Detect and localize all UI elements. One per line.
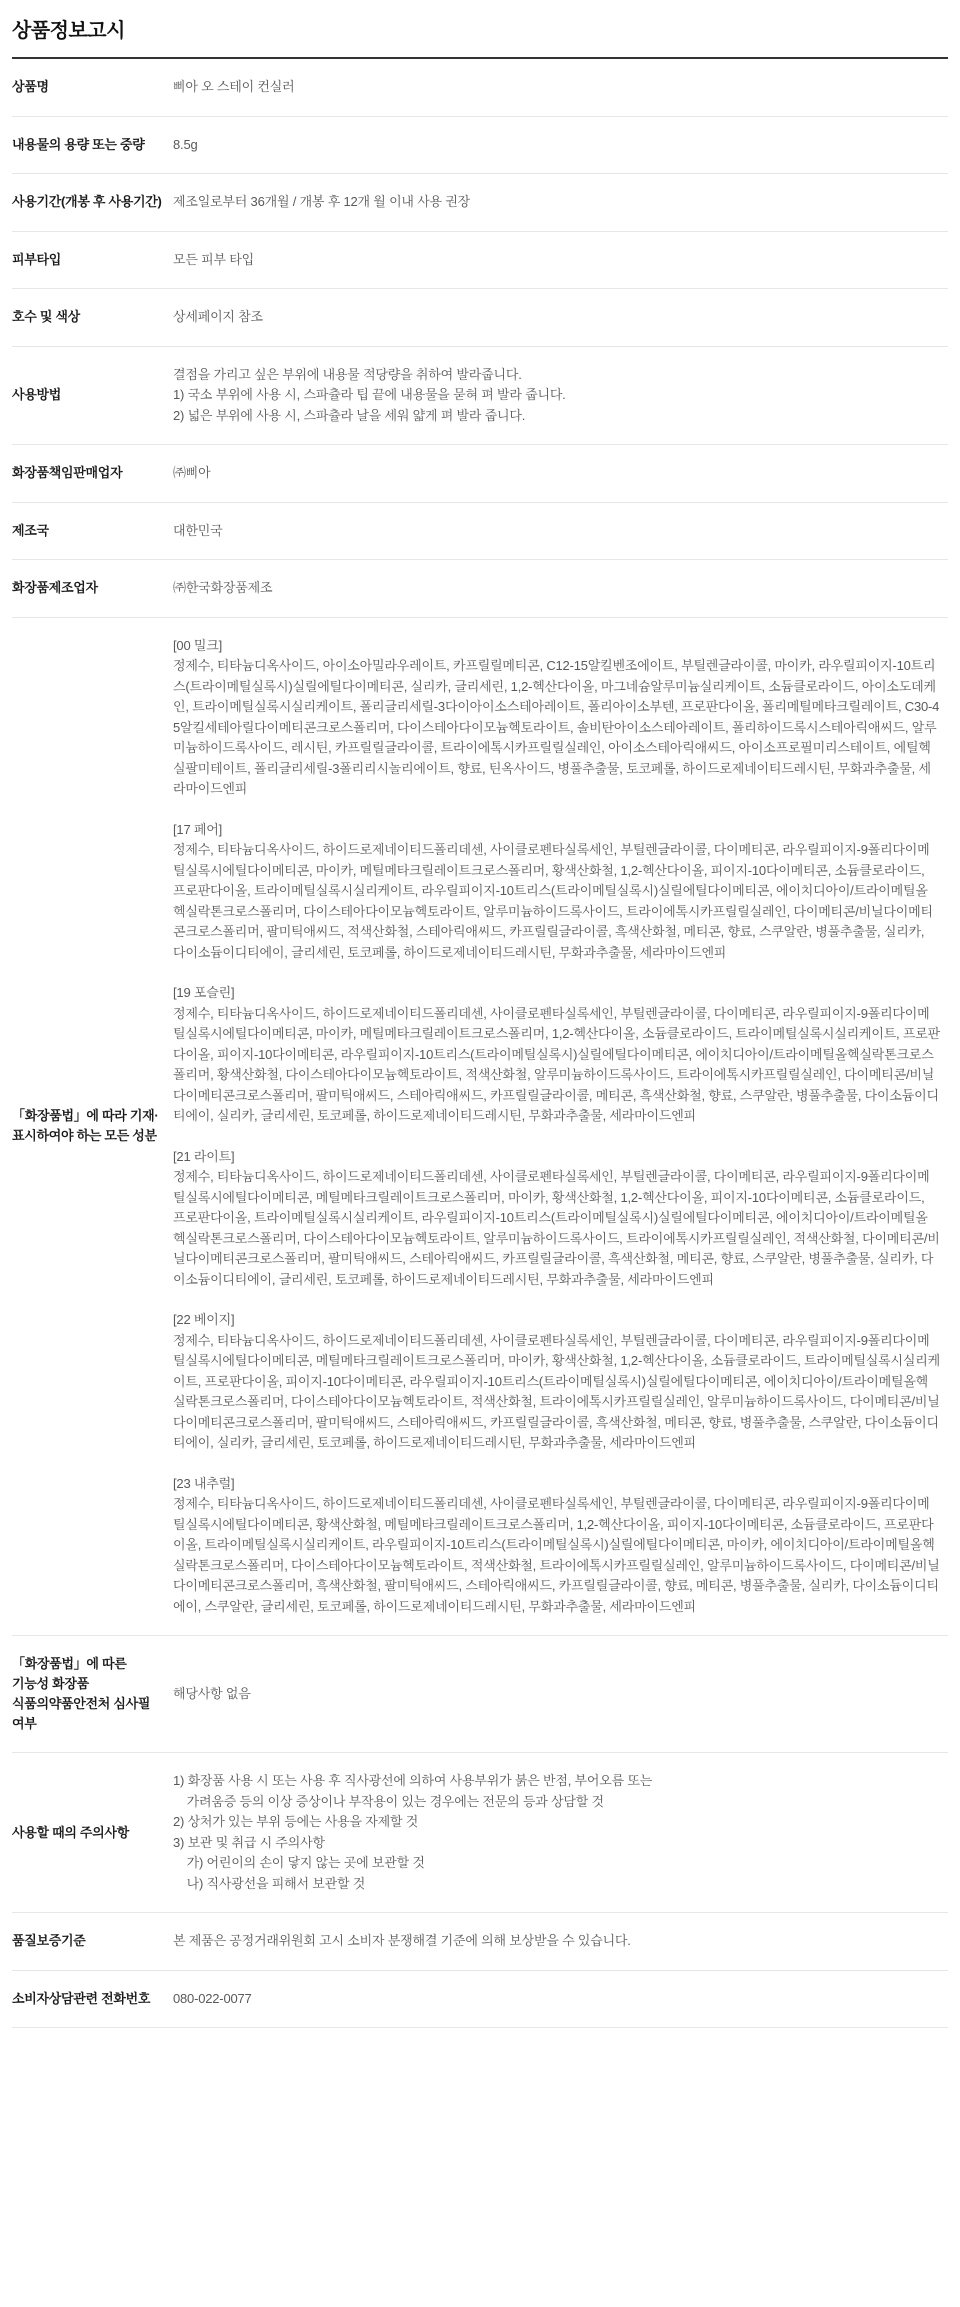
value-line: 3) 보관 및 취급 시 주의사항 (173, 1833, 940, 1854)
row-label: 「화장품법」에 따라 기재·표시하여야 하는 모든 성분 (12, 1106, 173, 1146)
table-row: 제조국대한민국 (12, 503, 948, 561)
ingredient-block: [22 베이지]정제수, 티타늄디옥사이드, 하이드로제네이티드폴리데센, 사이… (173, 1310, 940, 1454)
row-label: 호수 및 색상 (12, 307, 173, 327)
table-row: 호수 및 색상상세페이지 참조 (12, 289, 948, 347)
row-value: 8.5g (173, 135, 948, 156)
row-value-text: 모든 피부 타입 (173, 252, 254, 267)
page-title: 상품정보고시 (12, 14, 948, 43)
shade-name: [17 페어] (173, 820, 940, 841)
value-line: 나) 직사광선을 피해서 보관할 것 (173, 1874, 940, 1895)
row-value: 상세페이지 참조 (173, 307, 948, 328)
value-line: 1) 화장품 사용 시 또는 사용 후 직사광선에 의하여 사용부위가 붉은 반… (173, 1771, 940, 1792)
value-line: 1) 국소 부위에 사용 시, 스파츌라 팁 끝에 내용물을 묻혀 펴 발라 줍… (173, 385, 940, 406)
value-line: 가려움증 등의 이상 증상이나 부작용이 있는 경우에는 전문의 등과 상담할 … (173, 1792, 940, 1813)
shade-name: [22 베이지] (173, 1310, 940, 1331)
table-row: 피부타입모든 피부 타입 (12, 232, 948, 290)
table-row: 상품명삐아 오 스테이 컨실러 (12, 59, 948, 117)
row-value: 결점을 가리고 싶은 부위에 내용물 적당량을 취하여 발라줍니다.1) 국소 … (173, 365, 948, 427)
row-value: ㈜한국화장품제조 (173, 578, 948, 599)
table-row: 화장품제조업자㈜한국화장품제조 (12, 560, 948, 618)
row-label: 상품명 (12, 77, 173, 97)
table-row: 「화장품법」에 따라 기재·표시하여야 하는 모든 성분[00 밀크]정제수, … (12, 618, 948, 1637)
shade-name: [19 포슬린] (173, 983, 940, 1004)
table-row: 사용방법결점을 가리고 싶은 부위에 내용물 적당량을 취하여 발라줍니다.1)… (12, 347, 948, 446)
ingredient-list: 정제수, 티타늄디옥사이드, 하이드로제네이티드폴리데센, 사이클로펜타실록세인… (173, 1004, 940, 1127)
ingredient-list: 정제수, 티타늄디옥사이드, 아이소아밀라우레이트, 카프릴릴메티콘, C12-… (173, 656, 940, 800)
ingredient-list: 정제수, 티타늄디옥사이드, 하이드로제네이티드폴리데센, 사이클로펜타실록세인… (173, 1331, 940, 1454)
row-value-text: 상세페이지 참조 (173, 309, 263, 324)
row-label: 「화장품법」에 따른 기능성 화장품 식품의약품안전처 심사필 여부 (12, 1654, 173, 1734)
ingredient-list: 정제수, 티타늄디옥사이드, 하이드로제네이티드폴리데센, 사이클로펜타실록세인… (173, 840, 940, 963)
table-row: 「화장품법」에 따른 기능성 화장품 식품의약품안전처 심사필 여부해당사항 없… (12, 1636, 948, 1753)
row-value-text: 삐아 오 스테이 컨실러 (173, 79, 294, 94)
row-value: 본 제품은 공정거래위원회 고시 소비자 분쟁해결 기준에 의해 보상받을 수 … (173, 1931, 948, 1952)
row-value: ㈜삐아 (173, 463, 948, 484)
product-info-section: 상품정보고시 상품명삐아 오 스테이 컨실러내용물의 용량 또는 중량8.5g사… (0, 0, 960, 2028)
table-row: 품질보증기준본 제품은 공정거래위원회 고시 소비자 분쟁해결 기준에 의해 보… (12, 1913, 948, 1971)
row-value: 080-022-0077 (173, 1989, 948, 2010)
row-value-text: 제조일로부터 36개월 / 개봉 후 12개 월 이내 사용 권장 (173, 194, 470, 209)
row-value: 삐아 오 스테이 컨실러 (173, 77, 948, 98)
shade-name: [23 내추럴] (173, 1474, 940, 1495)
ingredient-block: [21 라이트]정제수, 티타늄디옥사이드, 하이드로제네이티드폴리데센, 사이… (173, 1147, 940, 1291)
row-label: 화장품제조업자 (12, 578, 173, 598)
shade-name: [00 밀크] (173, 636, 940, 657)
row-value: 1) 화장품 사용 시 또는 사용 후 직사광선에 의하여 사용부위가 붉은 반… (173, 1771, 948, 1894)
ingredient-block: [19 포슬린]정제수, 티타늄디옥사이드, 하이드로제네이티드폴리데센, 사이… (173, 983, 940, 1127)
row-value-text: 본 제품은 공정거래위원회 고시 소비자 분쟁해결 기준에 의해 보상받을 수 … (173, 1933, 631, 1948)
ingredient-block: [00 밀크]정제수, 티타늄디옥사이드, 아이소아밀라우레이트, 카프릴릴메티… (173, 636, 940, 800)
row-label: 피부타입 (12, 250, 173, 270)
value-line: 2) 상처가 있는 부위 등에는 사용을 자제할 것 (173, 1812, 940, 1833)
row-label: 사용방법 (12, 385, 173, 405)
row-label: 사용기간(개봉 후 사용기간) (12, 192, 173, 212)
value-line: 결점을 가리고 싶은 부위에 내용물 적당량을 취하여 발라줍니다. (173, 365, 940, 386)
row-label: 내용물의 용량 또는 중량 (12, 135, 173, 155)
row-label: 품질보증기준 (12, 1931, 173, 1951)
ingredient-block: [17 페어]정제수, 티타늄디옥사이드, 하이드로제네이티드폴리데센, 사이클… (173, 820, 940, 964)
table-row: 소비자상담관련 전화번호080-022-0077 (12, 1971, 948, 2029)
row-label: 사용할 때의 주의사항 (12, 1823, 173, 1843)
row-value-text: 해당사항 없음 (173, 1686, 251, 1701)
row-value-text: 080-022-0077 (173, 1991, 252, 2006)
row-value: [00 밀크]정제수, 티타늄디옥사이드, 아이소아밀라우레이트, 카프릴릴메티… (173, 636, 948, 1618)
ingredient-list: 정제수, 티타늄디옥사이드, 하이드로제네이티드폴리데센, 사이클로펜타실록세인… (173, 1494, 940, 1617)
table-row: 사용할 때의 주의사항1) 화장품 사용 시 또는 사용 후 직사광선에 의하여… (12, 1753, 948, 1913)
row-value: 모든 피부 타입 (173, 250, 948, 271)
row-value: 대한민국 (173, 521, 948, 542)
product-info-table: 상품명삐아 오 스테이 컨실러내용물의 용량 또는 중량8.5g사용기간(개봉 … (12, 57, 948, 2028)
row-value-text: ㈜삐아 (173, 465, 211, 480)
row-label: 소비자상담관련 전화번호 (12, 1989, 173, 2009)
table-row: 내용물의 용량 또는 중량8.5g (12, 117, 948, 175)
row-value-text: ㈜한국화장품제조 (173, 580, 272, 595)
row-value-text: 대한민국 (173, 523, 222, 538)
table-row: 화장품책임판매업자㈜삐아 (12, 445, 948, 503)
shade-name: [21 라이트] (173, 1147, 940, 1168)
row-value-text: 8.5g (173, 137, 198, 152)
row-label: 제조국 (12, 521, 173, 541)
row-value: 해당사항 없음 (173, 1684, 948, 1705)
table-row: 사용기간(개봉 후 사용기간)제조일로부터 36개월 / 개봉 후 12개 월 … (12, 174, 948, 232)
row-label: 화장품책임판매업자 (12, 463, 173, 483)
ingredient-block: [23 내추럴]정제수, 티타늄디옥사이드, 하이드로제네이티드폴리데센, 사이… (173, 1474, 940, 1618)
value-line: 2) 넓은 부위에 사용 시, 스파츌라 날을 세워 얇게 펴 발라 줍니다. (173, 406, 940, 427)
ingredient-list: 정제수, 티타늄디옥사이드, 하이드로제네이티드폴리데센, 사이클로펜타실록세인… (173, 1167, 940, 1290)
value-line: 가) 어린이의 손이 닿지 않는 곳에 보관할 것 (173, 1853, 940, 1874)
row-value: 제조일로부터 36개월 / 개봉 후 12개 월 이내 사용 권장 (173, 192, 948, 213)
